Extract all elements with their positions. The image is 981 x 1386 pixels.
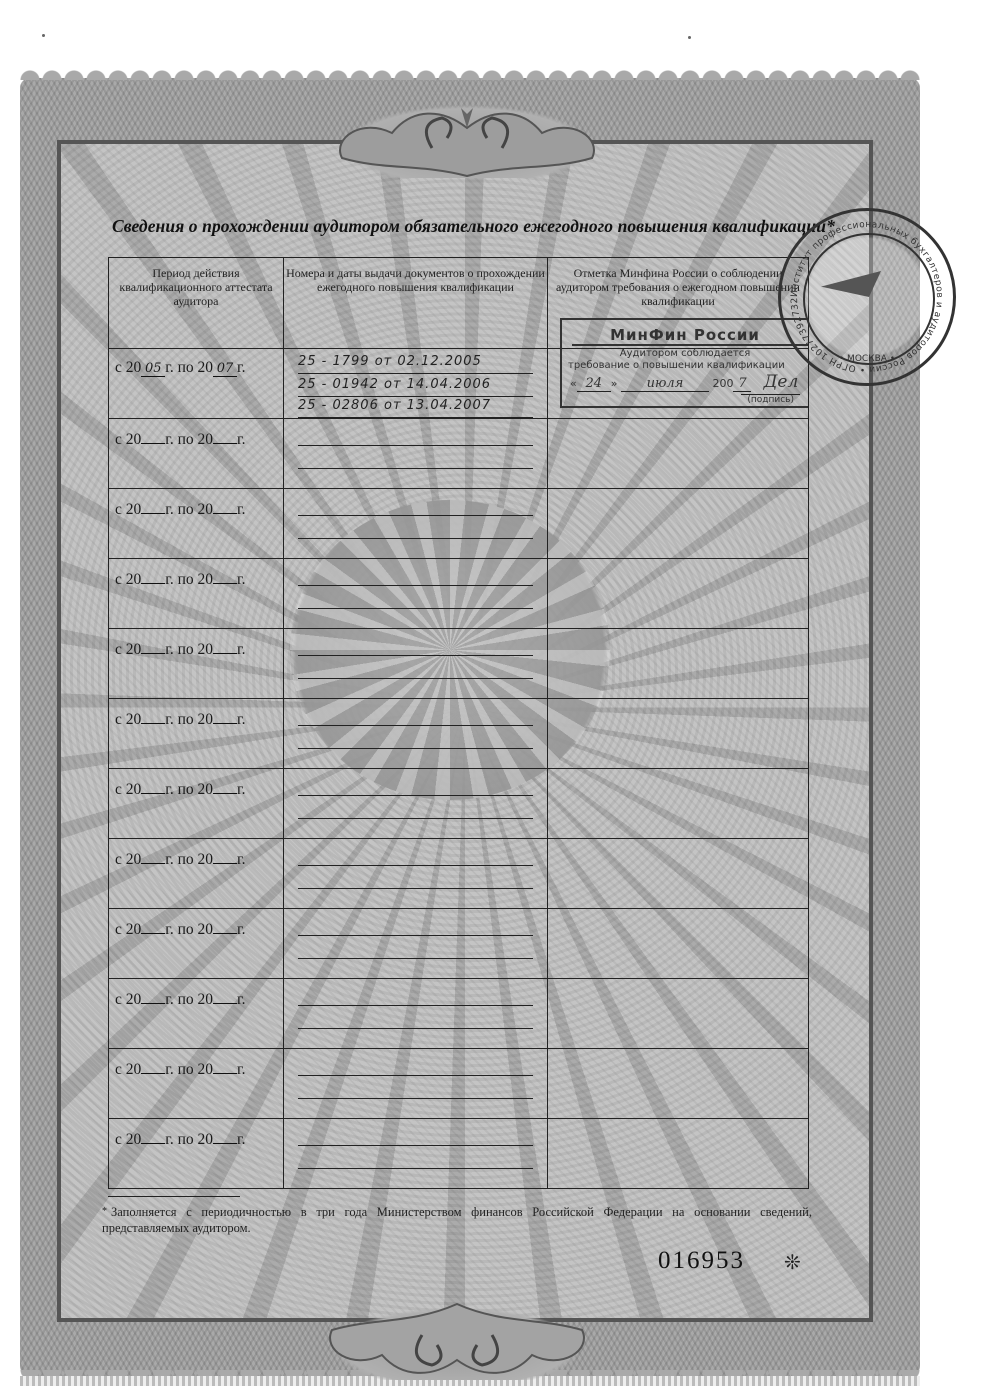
document-entry-line[interactable] — [298, 1006, 533, 1029]
period-mid: г. по 20 — [165, 781, 213, 798]
period-text: с 20г. по 20г. — [109, 699, 283, 729]
document-entry-line[interactable] — [298, 423, 533, 446]
period-text: с 2005г. по 2007г. — [109, 349, 283, 377]
stamp-year-suffix: 7 — [733, 376, 751, 392]
period-prefix: с 20 — [115, 571, 141, 588]
period-prefix: с 20 — [115, 711, 141, 728]
table-row: с 20г. по 20г. — [109, 909, 809, 979]
from-year-field[interactable] — [141, 779, 165, 794]
table-row: с 20г. по 20г. — [109, 419, 809, 489]
document-entry-line[interactable] — [298, 1053, 533, 1076]
ministry-mark-cell — [548, 839, 809, 909]
period-prefix: с 20 — [115, 359, 141, 376]
bottom-ornament — [312, 1300, 602, 1380]
stamp-month: июля — [621, 376, 709, 392]
document-entry-line[interactable] — [298, 1076, 533, 1099]
documents-cell — [284, 1049, 548, 1119]
to-year-field[interactable] — [213, 499, 237, 514]
stamp-divider — [572, 344, 808, 346]
period-cell: с 20г. по 20г. — [109, 769, 284, 839]
documents-cell: 25 - 1799 от 02.12.200525 - 01942 от 14.… — [284, 349, 548, 419]
period-cell: с 20г. по 20г. — [109, 839, 284, 909]
to-year-field[interactable] — [213, 989, 237, 1004]
period-mid: г. по 20 — [165, 431, 213, 448]
document-entry-line[interactable] — [298, 563, 533, 586]
top-ornament — [322, 98, 612, 178]
period-text: с 20г. по 20г. — [109, 839, 283, 869]
document-entry-line[interactable] — [298, 843, 533, 866]
footnote-text: Заполняется с периодичностью в три года … — [102, 1205, 812, 1235]
from-year-field[interactable] — [141, 499, 165, 514]
period-cell: с 20г. по 20г. — [109, 699, 284, 769]
to-year-field[interactable] — [213, 779, 237, 794]
scan-speck — [688, 36, 691, 39]
table-row: с 20г. по 20г. — [109, 1119, 809, 1189]
document-entry-line[interactable] — [298, 773, 533, 796]
period-mid: г. по 20 — [165, 359, 213, 376]
to-year-field[interactable] — [213, 709, 237, 724]
documents-cell — [284, 559, 548, 629]
period-prefix: с 20 — [115, 1131, 141, 1148]
document-entry-line[interactable] — [298, 1146, 533, 1169]
ministry-mark-cell — [548, 559, 809, 629]
scalloped-edge-top — [20, 66, 920, 80]
ministry-mark-cell — [548, 629, 809, 699]
to-year-field[interactable] — [213, 429, 237, 444]
period-text: с 20г. по 20г. — [109, 909, 283, 939]
period-text: с 20г. по 20г. — [109, 769, 283, 799]
period-suffix: г. — [237, 1061, 245, 1078]
table-row: с 20г. по 20г. — [109, 629, 809, 699]
period-suffix: г. — [237, 501, 245, 518]
ministry-mark-cell — [548, 979, 809, 1049]
period-mid: г. по 20 — [165, 571, 213, 588]
document-entry-line[interactable] — [298, 936, 533, 959]
ministry-mark-cell — [548, 1049, 809, 1119]
from-year-field[interactable] — [141, 569, 165, 584]
period-mid: г. по 20 — [165, 641, 213, 658]
period-cell: с 20г. по 20г. — [109, 1049, 284, 1119]
period-suffix: г. — [237, 781, 245, 798]
period-mid: г. по 20 — [165, 1061, 213, 1078]
period-cell: с 20г. по 20г. — [109, 1119, 284, 1189]
period-suffix: г. — [237, 711, 245, 728]
document-entry-line[interactable] — [298, 796, 533, 819]
table-row: с 20г. по 20г. — [109, 1049, 809, 1119]
ministry-mark-cell — [548, 419, 809, 489]
serial-asterism-icon: ❊ — [784, 1250, 801, 1275]
header-period: Период действия квалификационного аттест… — [109, 258, 284, 349]
period-text: с 20г. по 20г. — [109, 979, 283, 1009]
period-text: с 20г. по 20г. — [109, 419, 283, 449]
document-entry-line[interactable] — [298, 446, 533, 469]
seal-inner-ring — [803, 233, 935, 365]
document-entry-line[interactable] — [298, 516, 533, 539]
period-prefix: с 20 — [115, 501, 141, 518]
stamp-date: «24» июля 2007 Дел — [570, 372, 810, 392]
from-year-field[interactable] — [141, 429, 165, 444]
from-year-field[interactable] — [141, 1129, 165, 1144]
period-cell: с 20г. по 20г. — [109, 909, 284, 979]
document-entry-line[interactable]: 25 - 02806 от 13.04.2007 — [298, 395, 533, 418]
to-year-field[interactable] — [213, 849, 237, 864]
period-text: с 20г. по 20г. — [109, 1119, 283, 1149]
period-prefix: с 20 — [115, 991, 141, 1008]
document-entry-line[interactable] — [298, 1123, 533, 1146]
from-year-field[interactable] — [141, 849, 165, 864]
table-row: с 20г. по 20г. — [109, 769, 809, 839]
period-prefix: с 20 — [115, 1061, 141, 1078]
table-row: с 20г. по 20г. — [109, 699, 809, 769]
table-row: с 20г. по 20г. — [109, 559, 809, 629]
documents-cell — [284, 629, 548, 699]
period-cell: с 2005г. по 2007г. — [109, 349, 284, 419]
period-prefix: с 20 — [115, 431, 141, 448]
period-prefix: с 20 — [115, 781, 141, 798]
from-year-field[interactable]: 05 — [141, 361, 165, 377]
period-prefix: с 20 — [115, 641, 141, 658]
document-entry-line[interactable]: 25 - 01942 от 14.04.2006 — [298, 374, 533, 397]
table-row: с 20г. по 20г. — [109, 979, 809, 1049]
period-cell: с 20г. по 20г. — [109, 559, 284, 629]
serial-number: 016953 — [658, 1247, 745, 1275]
period-suffix: г. — [237, 921, 245, 938]
signature-label: (подпись) — [741, 394, 800, 405]
to-year-field[interactable] — [213, 569, 237, 584]
footnote: *Заполняется с периодичностью в три года… — [102, 1204, 812, 1236]
to-year-field[interactable] — [213, 639, 237, 654]
stamp-year-prefix: 200 — [712, 377, 733, 390]
round-seal: Институт профессиональных бухгалтеров и … — [778, 208, 956, 386]
document-entry-line[interactable]: 25 - 1799 от 02.12.2005 — [298, 351, 533, 374]
period-mid: г. по 20 — [165, 991, 213, 1008]
period-text: с 20г. по 20г. — [109, 489, 283, 519]
footnote-marker: * — [102, 1206, 107, 1217]
period-mid: г. по 20 — [165, 921, 213, 938]
period-cell: с 20г. по 20г. — [109, 489, 284, 559]
documents-cell — [284, 699, 548, 769]
footnote-divider — [108, 1196, 240, 1197]
to-year-field[interactable] — [213, 1129, 237, 1144]
stamp-line-1: Аудитором соблюдается — [562, 348, 808, 359]
from-year-field[interactable] — [141, 1059, 165, 1074]
scroll-ornament-icon — [322, 98, 612, 178]
scroll-ornament-icon — [312, 1300, 602, 1380]
ministry-mark-cell — [548, 489, 809, 559]
period-cell: с 20г. по 20г. — [109, 979, 284, 1049]
period-suffix: г. — [237, 359, 245, 376]
period-suffix: г. — [237, 1131, 245, 1148]
ministry-mark-cell — [548, 1119, 809, 1189]
period-mid: г. по 20 — [165, 501, 213, 518]
period-suffix: г. — [237, 571, 245, 588]
documents-cell — [284, 979, 548, 1049]
stamp-day: 24 — [577, 376, 611, 392]
period-cell: с 20г. по 20г. — [109, 629, 284, 699]
header-documents: Номера и даты выдачи документов о прохож… — [284, 258, 548, 349]
ministry-stamp: МинФин России Аудитором соблюдается треб… — [560, 318, 808, 408]
period-mid: г. по 20 — [165, 1131, 213, 1148]
period-suffix: г. — [237, 851, 245, 868]
from-year-field[interactable] — [141, 709, 165, 724]
document-entry-line[interactable] — [298, 633, 533, 656]
period-text: с 20г. по 20г. — [109, 1049, 283, 1079]
document-entry-line[interactable] — [298, 726, 533, 749]
ministry-mark-cell — [548, 909, 809, 979]
from-year-field[interactable] — [141, 919, 165, 934]
document-entry-line[interactable] — [298, 656, 533, 679]
document-entry-line[interactable] — [298, 703, 533, 726]
document-entry-line[interactable] — [298, 493, 533, 516]
period-suffix: г. — [237, 431, 245, 448]
ministry-mark-cell — [548, 769, 809, 839]
period-cell: с 20г. по 20г. — [109, 419, 284, 489]
documents-cell — [284, 909, 548, 979]
period-text: с 20г. по 20г. — [109, 559, 283, 589]
document-entry-line[interactable] — [298, 866, 533, 889]
documents-cell — [284, 489, 548, 559]
period-suffix: г. — [237, 991, 245, 1008]
period-text: с 20г. по 20г. — [109, 629, 283, 659]
documents-cell — [284, 419, 548, 489]
documents-cell — [284, 839, 548, 909]
documents-cell — [284, 769, 548, 839]
document-entry-line[interactable] — [298, 586, 533, 609]
document-entry-line[interactable] — [298, 913, 533, 936]
period-suffix: г. — [237, 641, 245, 658]
ministry-mark-cell — [548, 699, 809, 769]
period-mid: г. по 20 — [165, 711, 213, 728]
period-prefix: с 20 — [115, 851, 141, 868]
stamp-authority: МинФин России — [562, 326, 808, 344]
page-title: Сведения о прохождении аудитором обязате… — [112, 216, 812, 237]
scan-speck — [42, 34, 45, 37]
period-mid: г. по 20 — [165, 851, 213, 868]
table-row: с 20г. по 20г. — [109, 489, 809, 559]
table-row: с 20г. по 20г. — [109, 839, 809, 909]
period-prefix: с 20 — [115, 921, 141, 938]
documents-cell — [284, 1119, 548, 1189]
to-year-field[interactable]: 07 — [213, 361, 237, 377]
to-year-field[interactable] — [213, 1059, 237, 1074]
to-year-field[interactable] — [213, 919, 237, 934]
from-year-field[interactable] — [141, 639, 165, 654]
document-entry-line[interactable] — [298, 983, 533, 1006]
from-year-field[interactable] — [141, 989, 165, 1004]
